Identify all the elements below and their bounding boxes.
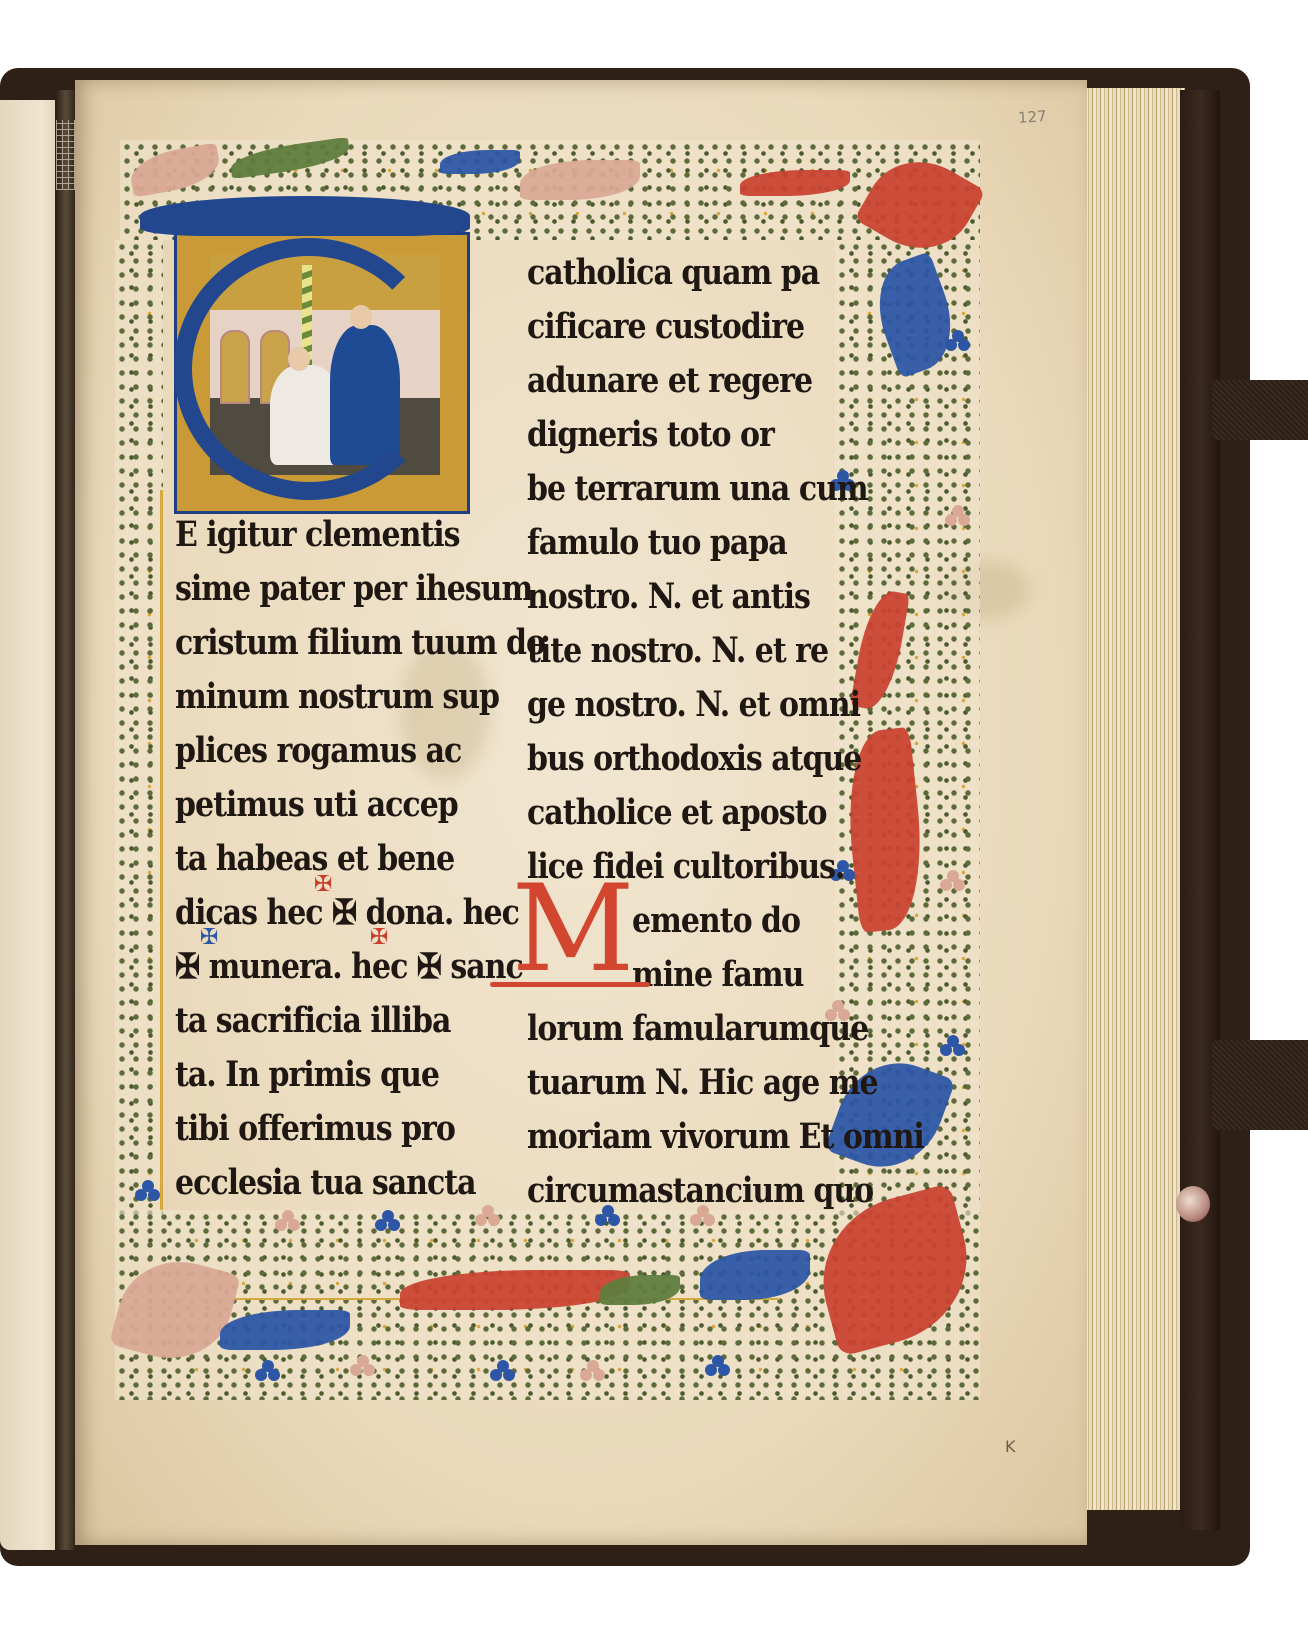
text-line: ✠ munera. hec ✠ sanc xyxy=(175,947,523,987)
trefoil-flower-icon xyxy=(350,1355,376,1377)
trefoil-flower-icon xyxy=(490,1360,516,1382)
text-line: circumastancium quo xyxy=(527,1171,873,1211)
text-line: moriam vivorum Et omni xyxy=(527,1117,924,1157)
text-line: famulo tuo papa xyxy=(527,523,787,563)
text-line: bus orthodoxis atque xyxy=(527,739,861,779)
page-edges xyxy=(1085,88,1185,1510)
text-line: mine famu xyxy=(632,955,803,995)
text-line: ecclesia tua sancta xyxy=(175,1163,476,1203)
book-gutter xyxy=(55,90,77,1550)
trefoil-flower-icon xyxy=(940,1035,966,1057)
initial-letter-bar xyxy=(140,196,470,236)
trefoil-flower-icon xyxy=(580,1360,606,1382)
text-line: dicas hec ✠ dona. hec xyxy=(175,893,519,933)
text-line: petimus uti accep xyxy=(175,785,458,825)
trefoil-flower-icon xyxy=(475,1205,501,1227)
trefoil-flower-icon xyxy=(940,870,966,892)
red-initial-underline xyxy=(490,982,650,987)
trefoil-flower-icon xyxy=(945,505,971,527)
text-line: catholica quam pa xyxy=(527,253,819,293)
text-line: tite nostro. N. et re xyxy=(527,631,828,671)
text-line: ta sacrificia illiba xyxy=(175,1001,450,1041)
trefoil-flower-icon xyxy=(135,1180,161,1202)
spine-mesh xyxy=(56,120,76,190)
clasp-strap-bottom xyxy=(1212,1040,1308,1130)
text-line: catholice et aposto xyxy=(527,793,827,833)
folio-number: 127 xyxy=(1017,107,1047,127)
text-line: cificare custodire xyxy=(527,307,804,347)
text-line: minum nostrum sup xyxy=(175,677,499,717)
left-border xyxy=(115,240,163,1220)
gold-rule xyxy=(160,490,163,1210)
trefoil-flower-icon xyxy=(275,1210,301,1232)
trefoil-flower-icon xyxy=(945,330,971,352)
trefoil-flower-icon xyxy=(375,1210,401,1232)
text-line: adunare et regere xyxy=(527,361,812,401)
blue-cross-icon: ✠ xyxy=(200,925,218,950)
red-cross-icon: ✠ xyxy=(314,872,332,897)
trefoil-flower-icon xyxy=(255,1360,281,1382)
text-line: sime pater per ihesum xyxy=(175,569,532,609)
signature-mark: K xyxy=(1005,1437,1016,1456)
bookmark-knot xyxy=(1176,1186,1210,1222)
red-cross-icon: ✠ xyxy=(370,925,388,950)
text-line: digneris toto or xyxy=(527,415,774,455)
text-line: nostro. N. et antis xyxy=(527,577,810,617)
text-line: be terrarum una cum xyxy=(527,469,868,509)
text-line: plices rogamus ac xyxy=(175,731,461,771)
text-line: emento do xyxy=(632,901,800,941)
initial-letter-bowl xyxy=(174,238,444,500)
text-line: tuarum N. Hic age me xyxy=(527,1063,878,1103)
text-line: cristum filium tuum do xyxy=(175,623,545,663)
text-line: lorum famularumque xyxy=(527,1009,868,1049)
text-line: tibi offerimus pro xyxy=(175,1109,455,1149)
trefoil-flower-icon xyxy=(705,1355,731,1377)
text-line: ge nostro. N. et omni xyxy=(527,685,860,725)
right-cover xyxy=(1180,90,1220,1530)
red-initial-M: M xyxy=(498,880,648,980)
text-line: E igitur clementis xyxy=(175,515,460,555)
clasp-strap-top xyxy=(1212,380,1308,440)
text-line: ta. In primis que xyxy=(175,1055,439,1095)
